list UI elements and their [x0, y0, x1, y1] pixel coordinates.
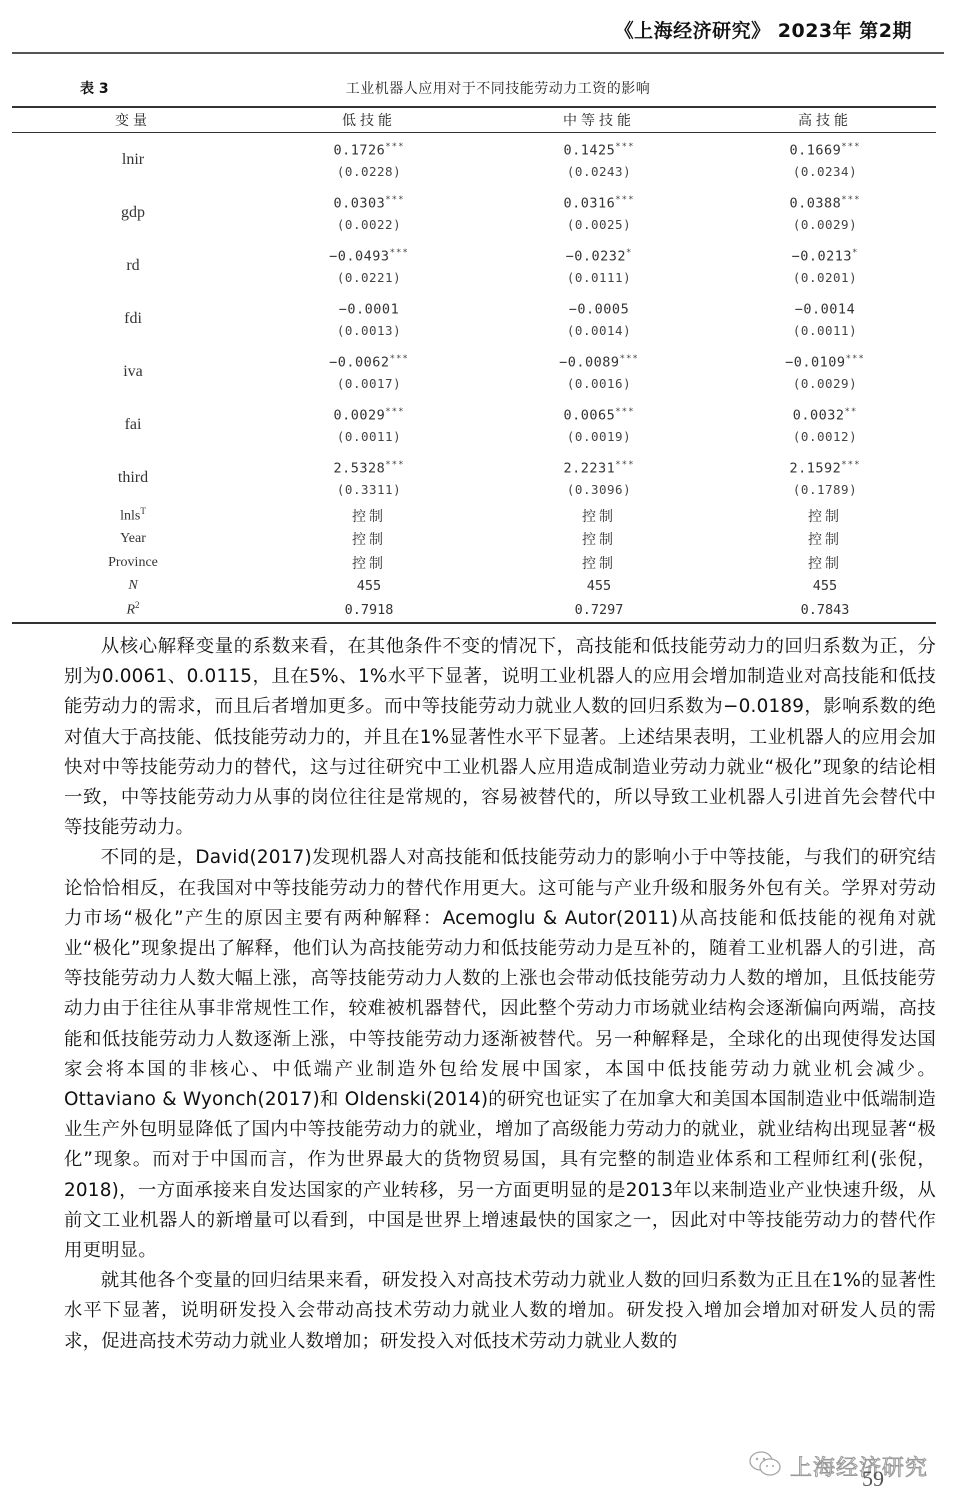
coefficient-value: 0.0316*** — [484, 189, 714, 215]
variable-name: iva — [12, 345, 254, 398]
significance-stars: *** — [390, 248, 409, 258]
coefficient-value: −0.0493*** — [254, 242, 484, 268]
significance-stars: *** — [385, 195, 404, 205]
standard-error: (0.0221) — [254, 267, 484, 289]
table-cell: 控制 — [484, 504, 714, 528]
significance-stars: *** — [385, 142, 404, 152]
standard-error: (0.0011) — [714, 320, 936, 342]
significance-stars: *** — [841, 142, 860, 152]
coefficient-value: −0.0232* — [484, 242, 714, 268]
table-cell: 控制 — [714, 504, 936, 528]
paragraph: 就其他各个变量的回归结果来看，研发投入对高技术劳动力就业人数的回归系数为正且在1… — [64, 1266, 936, 1357]
significance-stars: *** — [841, 195, 860, 205]
significance-stars: * — [852, 248, 858, 258]
coefficient-cell: −0.0062***(0.0017) — [254, 345, 484, 398]
coefficient-cell: 2.1592***(0.1789) — [714, 451, 936, 504]
significance-stars: *** — [615, 407, 634, 417]
table-cell: 455 — [714, 575, 936, 599]
significance-stars: *** — [385, 460, 404, 470]
table-row: N455455455 — [12, 575, 936, 599]
significance-stars: ** — [844, 407, 857, 417]
coefficient-value: 0.1669*** — [714, 136, 936, 162]
standard-error: (0.0017) — [254, 373, 484, 395]
coefficient-cell: 2.5328***(0.3311) — [254, 451, 484, 504]
coefficient-value: 0.0388*** — [714, 189, 936, 215]
standard-error: (0.0011) — [254, 426, 484, 448]
variable-name: rd — [12, 239, 254, 292]
coefficient-value: 2.1592*** — [714, 454, 936, 480]
table-cell: 控制 — [714, 551, 936, 575]
column-header-mid-skill: 中等技能 — [484, 107, 714, 133]
standard-error: (0.1789) — [714, 479, 936, 501]
coefficient-value: −0.0005 — [484, 295, 714, 321]
variable-name: R2 — [12, 598, 254, 623]
variable-name: lnir — [12, 133, 254, 187]
table-row: lnir0.1726***(0.0228)0.1425***(0.0243)0.… — [12, 133, 936, 187]
table-cell: 455 — [484, 575, 714, 599]
coefficient-cell: −0.0109***(0.0029) — [714, 345, 936, 398]
coefficient-value: −0.0213* — [714, 242, 936, 268]
standard-error: (0.0025) — [484, 214, 714, 236]
table-cell: 控制 — [254, 551, 484, 575]
coefficient-cell: 0.0303***(0.0022) — [254, 186, 484, 239]
coefficient-cell: 0.0032**(0.0012) — [714, 398, 936, 451]
standard-error: (0.0014) — [484, 320, 714, 342]
statistic-value: 0.7297 — [575, 602, 624, 618]
variable-name: Year — [12, 528, 254, 552]
statistic-value: 455 — [587, 578, 611, 594]
coefficient-number: 0.0303 — [333, 195, 385, 211]
coefficient-number: −0.0089 — [559, 354, 619, 370]
table-cell: 控制 — [714, 528, 936, 552]
coefficient-number: 0.1669 — [789, 142, 841, 158]
table-cell: 0.7843 — [714, 598, 936, 623]
variable-name: Province — [12, 551, 254, 575]
variable-name: lnlsT — [12, 504, 254, 528]
variable-name: third — [12, 451, 254, 504]
table-cell: 455 — [254, 575, 484, 599]
significance-stars: *** — [615, 142, 634, 152]
control-indicator: 控制 — [582, 509, 616, 525]
column-header-low-skill: 低技能 — [254, 107, 484, 133]
coefficient-value: 0.1425*** — [484, 136, 714, 162]
variable-superscript: 2 — [135, 600, 140, 610]
coefficient-cell: 0.0065***(0.0019) — [484, 398, 714, 451]
coefficient-cell: −0.0493***(0.0221) — [254, 239, 484, 292]
significance-stars: *** — [385, 407, 404, 417]
page-header: 《上海经济研究》 2023年 第2期 — [0, 0, 956, 52]
control-indicator: 控制 — [352, 532, 386, 548]
significance-stars: *** — [846, 354, 865, 364]
significance-stars: *** — [615, 195, 634, 205]
coefficient-number: 0.0029 — [333, 407, 385, 423]
table-row: fai0.0029***(0.0011)0.0065***(0.0019)0.0… — [12, 398, 936, 451]
coefficient-cell: −0.0089***(0.0016) — [484, 345, 714, 398]
page-number: 59 — [862, 1466, 884, 1492]
wechat-icon — [748, 1450, 782, 1482]
coefficient-number: −0.0493 — [329, 248, 389, 264]
variable-label: Year — [120, 531, 146, 546]
variable-label: Province — [108, 555, 158, 570]
coefficient-number: −0.0014 — [795, 301, 855, 317]
journal-issue-title: 《上海经济研究》 2023年 第2期 — [615, 16, 912, 43]
coefficient-number: −0.0062 — [329, 354, 389, 370]
standard-error: (0.0111) — [484, 267, 714, 289]
coefficient-cell: −0.0005(0.0014) — [484, 292, 714, 345]
coefficient-cell: 0.1425***(0.0243) — [484, 133, 714, 187]
standard-error: (0.3311) — [254, 479, 484, 501]
table-cell: 0.7297 — [484, 598, 714, 623]
control-indicator: 控制 — [352, 556, 386, 572]
coefficient-number: 0.0316 — [563, 195, 615, 211]
coefficient-number: 2.5328 — [333, 460, 385, 476]
control-indicator: 控制 — [808, 556, 842, 572]
standard-error: (0.0016) — [484, 373, 714, 395]
coefficient-value: 2.2231*** — [484, 454, 714, 480]
significance-stars: *** — [390, 354, 409, 364]
table-cell: 0.7918 — [254, 598, 484, 623]
coefficient-value: −0.0089*** — [484, 348, 714, 374]
variable-name: fai — [12, 398, 254, 451]
statistic-value: 0.7843 — [801, 602, 850, 618]
coefficient-value: 0.0032** — [714, 401, 936, 427]
standard-error: (0.0228) — [254, 161, 484, 183]
coefficient-cell: −0.0232*(0.0111) — [484, 239, 714, 292]
table-cell: 控制 — [254, 528, 484, 552]
coefficient-number: 0.0032 — [793, 407, 845, 423]
standard-error: (0.0013) — [254, 320, 484, 342]
coefficient-cell: 0.0316***(0.0025) — [484, 186, 714, 239]
control-indicator: 控制 — [352, 509, 386, 525]
column-header-variable: 变量 — [12, 107, 254, 133]
table-caption: 表 3 工业机器人应用对于不同技能劳动力工资的影响 — [0, 78, 956, 100]
table-row: R20.79180.72970.7843 — [12, 598, 936, 623]
standard-error: (0.0243) — [484, 161, 714, 183]
column-header-high-skill: 高技能 — [714, 107, 936, 133]
coefficient-number: 0.1425 — [563, 142, 615, 158]
table-cell: 控制 — [254, 504, 484, 528]
coefficient-cell: −0.0001(0.0013) — [254, 292, 484, 345]
coefficient-number: −0.0213 — [792, 248, 852, 264]
statistic-value: 0.7918 — [345, 602, 394, 618]
coefficient-value: −0.0014 — [714, 295, 936, 321]
standard-error: (0.0019) — [484, 426, 714, 448]
paragraph: 不同的是，David(2017)发现机器人对高技能和低技能劳动力的影响小于中等技… — [64, 843, 936, 1266]
control-indicator: 控制 — [808, 532, 842, 548]
coefficient-number: 0.0388 — [789, 195, 841, 211]
table-row: gdp0.0303***(0.0022)0.0316***(0.0025)0.0… — [12, 186, 936, 239]
variable-superscript: T — [140, 506, 146, 516]
coefficient-value: 2.5328*** — [254, 454, 484, 480]
standard-error: (0.0029) — [714, 214, 936, 236]
variable-name: N — [12, 575, 254, 599]
coefficient-cell: 0.0388***(0.0029) — [714, 186, 936, 239]
coefficient-cell: 2.2231***(0.3096) — [484, 451, 714, 504]
coefficient-number: −0.0005 — [569, 301, 629, 317]
coefficient-value: 0.0029*** — [254, 401, 484, 427]
coefficient-cell: −0.0014(0.0011) — [714, 292, 936, 345]
significance-stars: *** — [620, 354, 639, 364]
standard-error: (0.0012) — [714, 426, 936, 448]
table-row: rd−0.0493***(0.0221)−0.0232*(0.0111)−0.0… — [12, 239, 936, 292]
table-cell: 控制 — [484, 551, 714, 575]
standard-error: (0.0201) — [714, 267, 936, 289]
control-indicator: 控制 — [808, 509, 842, 525]
table-cell: 控制 — [484, 528, 714, 552]
control-indicator: 控制 — [582, 532, 616, 548]
statistic-value: 455 — [813, 578, 837, 594]
standard-error: (0.3096) — [484, 479, 714, 501]
variable-label: lnls — [120, 509, 140, 524]
coefficient-value: 0.0303*** — [254, 189, 484, 215]
coefficient-value: −0.0001 — [254, 295, 484, 321]
significance-stars: * — [626, 248, 632, 258]
coefficient-number: −0.0001 — [339, 301, 399, 317]
variable-label: R — [126, 603, 135, 618]
coefficient-cell: 0.1726***(0.0228) — [254, 133, 484, 187]
coefficient-number: 0.0065 — [563, 407, 615, 423]
coefficient-cell: −0.0213*(0.0201) — [714, 239, 936, 292]
table-row: fdi−0.0001(0.0013)−0.0005(0.0014)−0.0014… — [12, 292, 936, 345]
watermark-text: 上海经济研究 — [790, 1451, 928, 1482]
coefficient-value: 0.1726*** — [254, 136, 484, 162]
coefficient-value: 0.0065*** — [484, 401, 714, 427]
coefficient-value: −0.0109*** — [714, 348, 936, 374]
table-title: 工业机器人应用对于不同技能劳动力工资的影响 — [0, 78, 956, 98]
coefficient-value: −0.0062*** — [254, 348, 484, 374]
variable-label: N — [128, 578, 137, 593]
variable-name: gdp — [12, 186, 254, 239]
body-text: 从核心解释变量的系数来看，在其他条件不变的情况下，高技能和低技能劳动力的回归系数… — [64, 632, 936, 1357]
significance-stars: *** — [841, 460, 860, 470]
header-rule — [12, 52, 944, 54]
table-row: third2.5328***(0.3311)2.2231***(0.3096)2… — [12, 451, 936, 504]
control-indicator: 控制 — [582, 556, 616, 572]
watermark: 上海经济研究 — [748, 1450, 928, 1482]
standard-error: (0.0029) — [714, 373, 936, 395]
standard-error: (0.0022) — [254, 214, 484, 236]
regression-table: 变量 低技能 中等技能 高技能 lnir0.1726***(0.0228)0.1… — [12, 106, 936, 624]
standard-error: (0.0234) — [714, 161, 936, 183]
coefficient-number: 0.1726 — [333, 142, 385, 158]
table-header-row: 变量 低技能 中等技能 高技能 — [12, 107, 936, 133]
table-row: iva−0.0062***(0.0017)−0.0089***(0.0016)−… — [12, 345, 936, 398]
significance-stars: *** — [615, 460, 634, 470]
coefficient-number: 2.2231 — [563, 460, 615, 476]
table-row: Year控制控制控制 — [12, 528, 936, 552]
table-row: Province控制控制控制 — [12, 551, 936, 575]
coefficient-number: −0.0232 — [566, 248, 626, 264]
coefficient-number: 2.1592 — [789, 460, 841, 476]
coefficient-cell: 0.1669***(0.0234) — [714, 133, 936, 187]
statistic-value: 455 — [357, 578, 381, 594]
variable-name: fdi — [12, 292, 254, 345]
paragraph: 从核心解释变量的系数来看，在其他条件不变的情况下，高技能和低技能劳动力的回归系数… — [64, 632, 936, 843]
table-row: lnlsT控制控制控制 — [12, 504, 936, 528]
coefficient-number: −0.0109 — [785, 354, 845, 370]
coefficient-cell: 0.0029***(0.0011) — [254, 398, 484, 451]
